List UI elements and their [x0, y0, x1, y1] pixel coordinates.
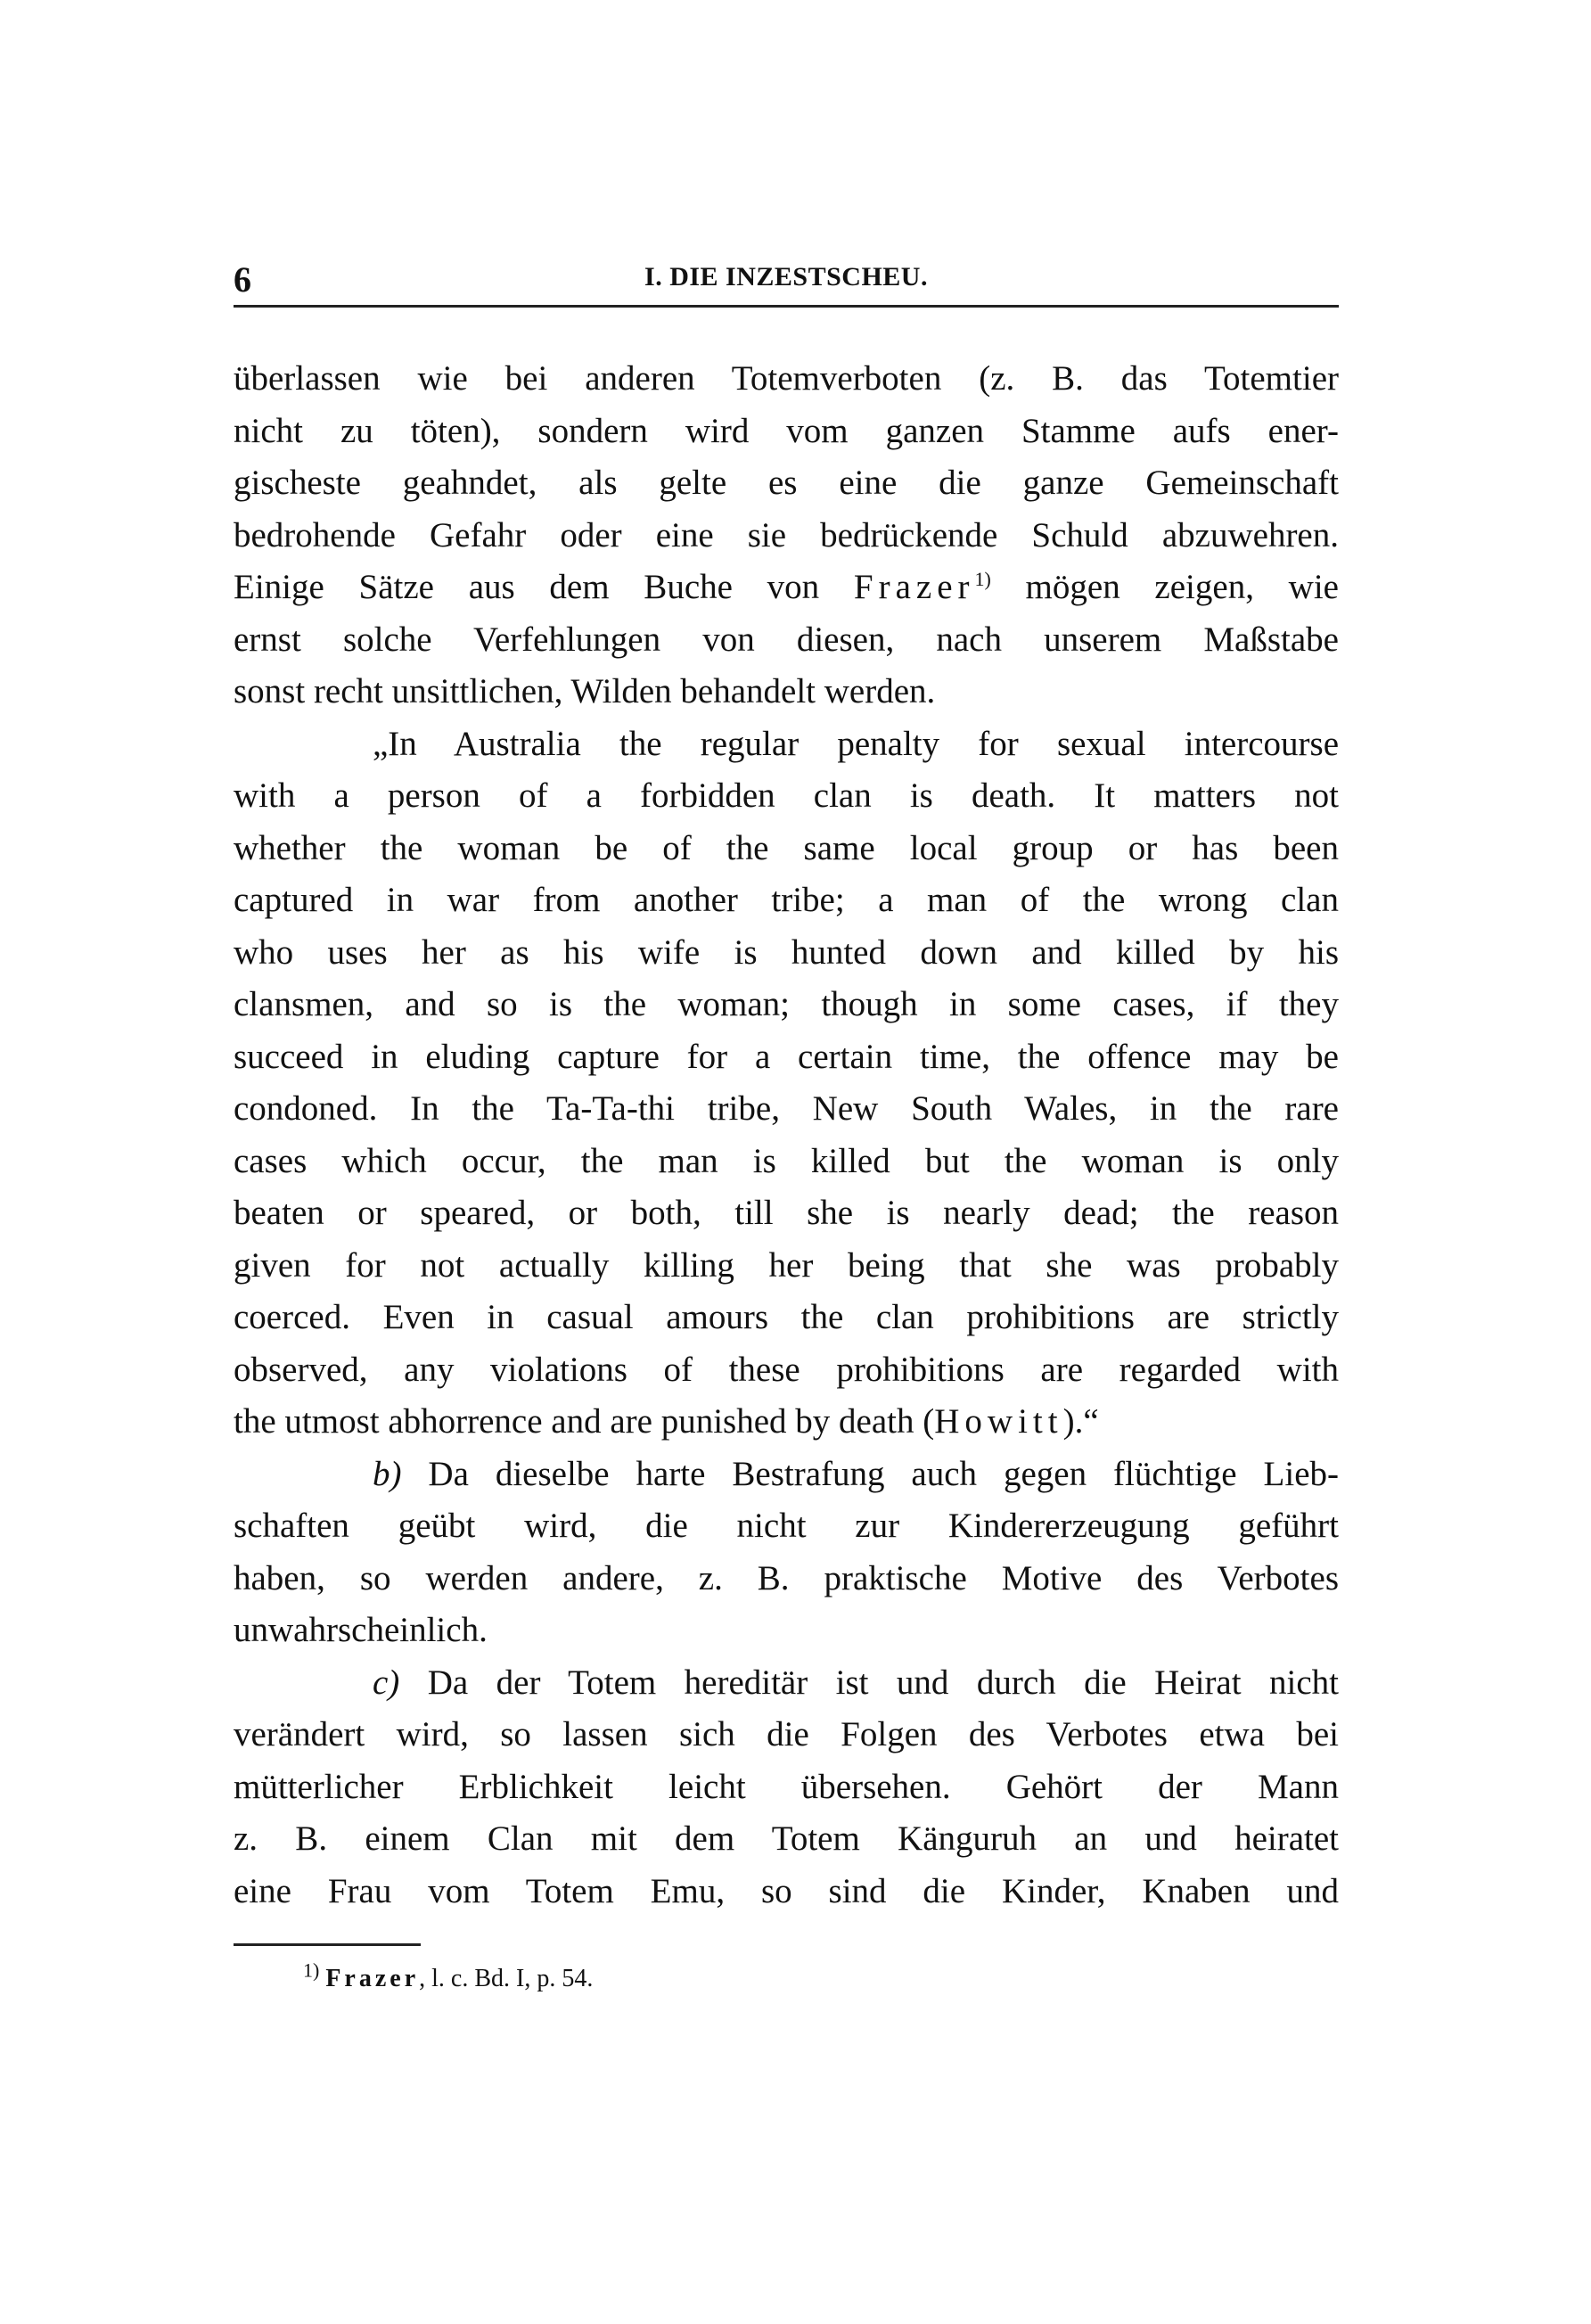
text-fragment: Da dieselbe harte Bestrafung auch gegen … [402, 1455, 1340, 1493]
text-line: the utmost abhorrence and are punished b… [234, 1396, 1339, 1449]
text-line: mütterlicher Erblichkeit leicht übersehe… [234, 1761, 1339, 1814]
paragraph-b: b) Da dieselbe harte Bestrafung auch geg… [234, 1449, 1339, 1657]
text-line: sonst recht unsittlichen, Wilden behande… [234, 666, 1339, 719]
text-line: verändert wird, so lassen sich die Folge… [234, 1709, 1339, 1761]
text-line: Einige Sätze aus dem Buche von Frazer1) … [234, 562, 1339, 614]
header-rule [234, 305, 1339, 308]
text-line: coerced. Even in casual amours the clan … [234, 1292, 1339, 1344]
footnote-marker: 1) [303, 1959, 319, 1982]
paragraph-c: c) Da der Totem hereditär ist und durch … [234, 1657, 1339, 1918]
text-line: überlassen wie bei anderen Totemverboten… [234, 353, 1339, 406]
text-line: b) Da dieselbe harte Bestrafung auch geg… [303, 1449, 1339, 1501]
text-line: bedrohende Gefahr oder eine sie bedrücke… [234, 510, 1339, 563]
text-line: observed, any violations of these prohib… [234, 1344, 1339, 1397]
quote-paragraph: „In Australia the regular penalty for se… [234, 719, 1339, 1449]
running-head: 6 I. DIE INZESTSCHEU. [234, 259, 1339, 303]
author-name: Howitt [934, 1402, 1062, 1441]
text-fragment: mögen zeigen, wie [991, 568, 1339, 606]
text-line: cases which occur, the man is killed but… [234, 1136, 1339, 1188]
text-line: beaten or speared, or both, till she is … [234, 1187, 1339, 1240]
text-line: unwahrscheinlich. [234, 1605, 1339, 1657]
text-line: „In Australia the regular penalty for se… [303, 719, 1339, 771]
text-line: condoned. In the Ta-Ta-thi tribe, New So… [234, 1083, 1339, 1136]
footnote: 1) Frazer, l. c. Bd. I, p. 54. [303, 1961, 593, 1997]
paragraph-continuation: überlassen wie bei anderen Totemverboten… [234, 353, 1339, 719]
author-name: Frazer [854, 568, 975, 606]
text-fragment: ).“ [1063, 1402, 1099, 1441]
footnote-author: Frazer [325, 1965, 419, 1992]
text-line: with a person of a forbidden clan is dea… [234, 770, 1339, 823]
text-line: ernst solche Verfehlungen von diesen, na… [234, 614, 1339, 667]
text-line: whether the woman be of the same local g… [234, 823, 1339, 875]
footnote-rule [234, 1943, 421, 1946]
running-title: I. DIE INZESTSCHEU. [234, 262, 1339, 292]
text-line: who uses her as his wife is hunted down … [234, 927, 1339, 980]
text-fragment: the utmost abhorrence and are punished b… [234, 1402, 934, 1441]
footnote-ref[interactable]: 1) [975, 568, 991, 590]
text-line: succeed in eluding capture for a certain… [234, 1031, 1339, 1084]
text-line: captured in war from another tribe; a ma… [234, 875, 1339, 927]
text-line: schaften geübt wird, die nicht zur Kinde… [234, 1500, 1339, 1553]
text-line: eine Frau vom Totem Emu, so sind die Kin… [234, 1866, 1339, 1918]
enumeration-label: b) [373, 1455, 402, 1493]
body-text: überlassen wie bei anderen Totemverboten… [234, 353, 1339, 1918]
text-fragment: Da der Totem hereditär ist und durch die… [399, 1663, 1339, 1702]
text-line: z. B. einem Clan mit dem Totem Känguruh … [234, 1813, 1339, 1866]
enumeration-label: c) [373, 1663, 399, 1702]
text-line: given for not actually killing her being… [234, 1240, 1339, 1293]
text-line: c) Da der Totem hereditär ist und durch … [303, 1657, 1339, 1710]
footnote-text: , l. c. Bd. I, p. 54. [419, 1965, 593, 1992]
text-line: haben, so werden andere, z. B. praktisch… [234, 1553, 1339, 1605]
text-line: nicht zu töten), sondern wird vom ganzen… [234, 406, 1339, 458]
text-line: gischeste geahndet, als gelte es eine di… [234, 457, 1339, 510]
text-line: clansmen, and so is the woman; though in… [234, 979, 1339, 1031]
text-fragment: Einige Sätze aus dem Buche von [234, 568, 854, 606]
